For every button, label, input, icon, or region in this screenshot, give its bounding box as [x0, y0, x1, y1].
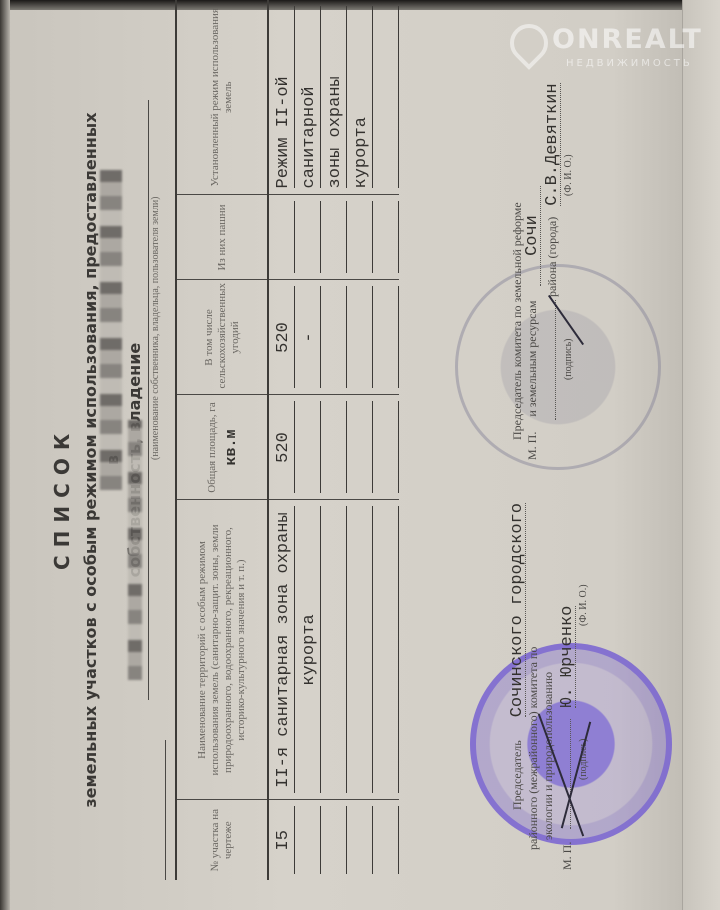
cell-territory-name: курорта	[295, 500, 321, 800]
cell-plot-number	[295, 800, 321, 880]
cell-territory-name	[347, 500, 373, 800]
header-territory-name: Наименование территорий с особым режимом…	[176, 500, 268, 800]
watermark-brand: ONREALT	[552, 24, 703, 55]
left-signature-block: Председатель Сочинского городского район…	[510, 470, 591, 870]
left-name-handwritten: Ю. Юрченко	[560, 606, 576, 708]
redacted-owner-detail	[128, 420, 142, 680]
right-mp-label: М. П.	[525, 432, 539, 460]
cell-agri-land: -	[295, 280, 321, 395]
header-arable-land: Из них пашни	[176, 195, 268, 280]
right-role-line-3: района (города)	[545, 217, 559, 297]
table-row: курорта	[347, 0, 373, 880]
right-name-handwritten: С.В.Девяткин	[545, 83, 561, 205]
watermark-tagline: НЕДВИЖИМОСТЬ	[566, 58, 693, 69]
table-row: зоны охраны	[321, 0, 347, 880]
left-name-caption: (Ф. И. О.)	[578, 584, 589, 626]
cell-plot-number	[347, 800, 373, 880]
left-sign-role-1: Председатель Сочинского городского	[510, 470, 526, 870]
cell-arable-land	[268, 195, 295, 280]
right-role-line-2: и земельным ресурсам	[525, 301, 539, 417]
land-plots-table: № участка на чертеже Наименование террит…	[175, 0, 399, 880]
document-page: СПИСОК земельных участков с особым режим…	[0, 0, 720, 910]
header-total-area-label: Общая площадь, га	[206, 402, 218, 492]
right-role-line-2-wrap: М. П. и земельным ресурсам Сочи	[525, 20, 541, 460]
header-agri-land: В том числе сельскохозяйственных угодий	[176, 280, 268, 395]
right-signature-block: Председатель комитета по земельной рефор…	[510, 20, 576, 460]
left-mp-label: М. П.	[560, 842, 574, 870]
redacted-owner-name	[100, 170, 122, 490]
cell-arable-land	[347, 195, 373, 280]
cell-usage-regime: Режим II-ой	[268, 0, 295, 195]
table-header-row: № участка на чертеже Наименование террит…	[176, 0, 268, 880]
cell-empty	[373, 195, 399, 280]
cell-usage-regime: курорта	[347, 0, 373, 195]
right-name-caption: (Ф. И. О.)	[563, 154, 574, 196]
cell-empty	[373, 0, 399, 195]
right-captions: (подпись) (Ф. И. О.)	[561, 20, 576, 460]
owner-caption: (наименование собственника, владельца, п…	[150, 196, 161, 460]
document-title: СПИСОК	[50, 426, 74, 570]
right-city-handwritten: Сочи	[525, 186, 541, 286]
cell-arable-land	[295, 195, 321, 280]
table-row: I5 II-я санитарная зона охраны 520 520 Р…	[268, 0, 295, 880]
cell-empty	[373, 800, 399, 880]
cell-total-area	[295, 395, 321, 500]
left-role-line-2: районного (межрайонного) комитета по	[526, 470, 541, 870]
cell-territory-name	[321, 500, 347, 800]
header-plot-number: № участка на чертеже	[176, 800, 268, 880]
cell-empty	[373, 500, 399, 800]
left-city-handwritten: Сочинского городского	[510, 503, 526, 717]
left-captions: (подпись) (Ф. И. О.)	[576, 470, 591, 870]
document-photo: СПИСОК земельных участков с особым режим…	[0, 0, 720, 910]
header-total-area: Общая площадь, га кв.м	[176, 395, 268, 500]
right-signature-caption: (подпись)	[563, 338, 574, 380]
owner-underline	[148, 100, 149, 700]
cell-territory-name: II-я санитарная зона охраны	[268, 500, 295, 800]
left-rule	[165, 740, 166, 880]
cell-agri-land	[347, 280, 373, 395]
table-row: курорта - санитарной	[295, 0, 321, 880]
cell-plot-number	[321, 800, 347, 880]
right-sign-line: района (города) С.В.Девяткин	[545, 20, 561, 460]
left-role-line-3: экологии и природопользованию	[541, 470, 556, 870]
cell-usage-regime: санитарной	[295, 0, 321, 195]
left-signature-line	[570, 719, 571, 829]
cell-usage-regime: зоны охраны	[321, 0, 347, 195]
left-role-line-1: Председатель	[510, 740, 524, 810]
cell-plot-number: I5	[268, 800, 295, 880]
cell-arable-land	[321, 195, 347, 280]
cell-total-area	[347, 395, 373, 500]
area-unit-handwritten: кв.м	[225, 402, 238, 494]
cell-total-area	[321, 395, 347, 500]
cell-agri-land	[321, 280, 347, 395]
cell-empty	[373, 280, 399, 395]
cell-total-area: 520	[268, 395, 295, 500]
cell-agri-land: 520	[268, 280, 295, 395]
header-usage-regime: Установленный режим использования земель	[176, 0, 268, 195]
right-signature-line	[555, 300, 556, 420]
cell-empty	[373, 395, 399, 500]
table-row	[373, 0, 399, 880]
